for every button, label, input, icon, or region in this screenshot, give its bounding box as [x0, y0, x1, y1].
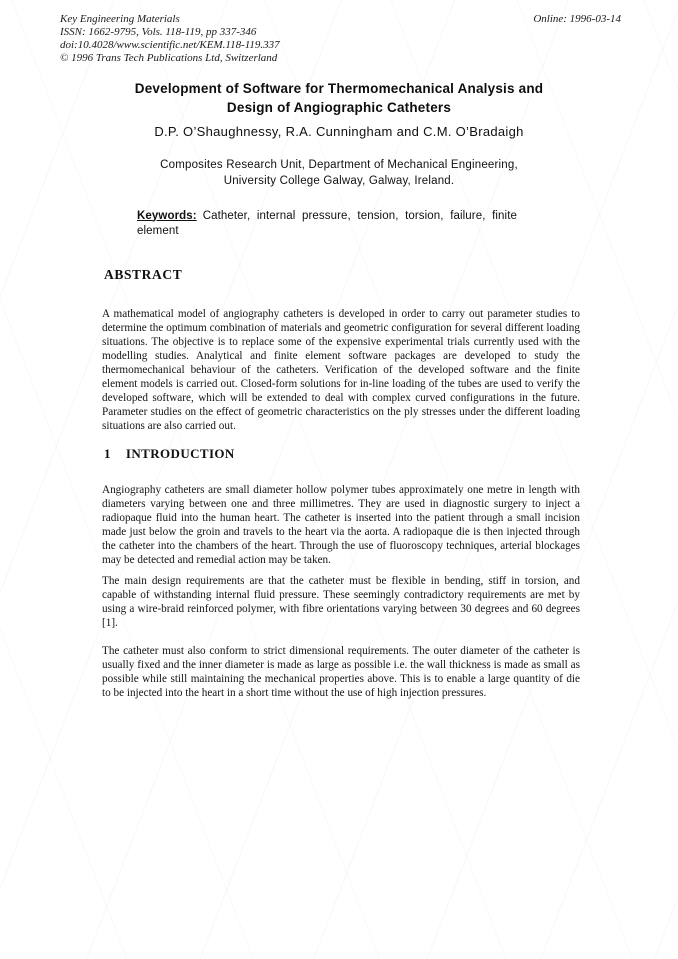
doi-line: doi:10.4028/www.scientific.net/KEM.118-1…	[60, 39, 280, 52]
paper-title: Development of Software for Thermomechan…	[0, 79, 678, 117]
paper-title-line-1: Development of Software for Thermomechan…	[0, 79, 678, 98]
journal-title: Key Engineering Materials	[60, 13, 280, 26]
section-1-heading: 1INTRODUCTION	[104, 446, 235, 462]
online-date: Online: 1996-03-14	[533, 13, 621, 26]
authors-line: D.P. O’Shaughnessy, R.A. Cunningham and …	[0, 124, 678, 140]
affiliation-line-2: University College Galway, Galway, Irela…	[0, 174, 678, 190]
section-1-title: INTRODUCTION	[126, 446, 235, 461]
issn-line: ISSN: 1662-9795, Vols. 118-119, pp 337-3…	[60, 26, 280, 39]
journal-header-block: Key Engineering Materials ISSN: 1662-979…	[60, 13, 280, 65]
paper-title-line-2: Design of Angiographic Catheters	[0, 98, 678, 117]
section-1-number: 1	[104, 446, 111, 461]
intro-paragraph-2: The main design requirements are that th…	[102, 574, 580, 630]
keywords-label: Keywords:	[137, 210, 197, 222]
abstract-paragraph: A mathematical model of angiography cath…	[102, 307, 580, 433]
abstract-heading: ABSTRACT	[104, 267, 182, 283]
keywords-block: Keywords:Catheter, internal pressure, te…	[137, 209, 517, 239]
intro-paragraph-3: The catheter must also conform to strict…	[102, 644, 580, 700]
affiliation-line-1: Composites Research Unit, Department of …	[0, 158, 678, 174]
paper-page: Key Engineering Materials ISSN: 1662-979…	[0, 0, 678, 959]
copyright-line: © 1996 Trans Tech Publications Ltd, Swit…	[60, 52, 280, 65]
affiliation-block: Composites Research Unit, Department of …	[0, 158, 678, 189]
intro-paragraph-1: Angiography catheters are small diameter…	[102, 483, 580, 567]
